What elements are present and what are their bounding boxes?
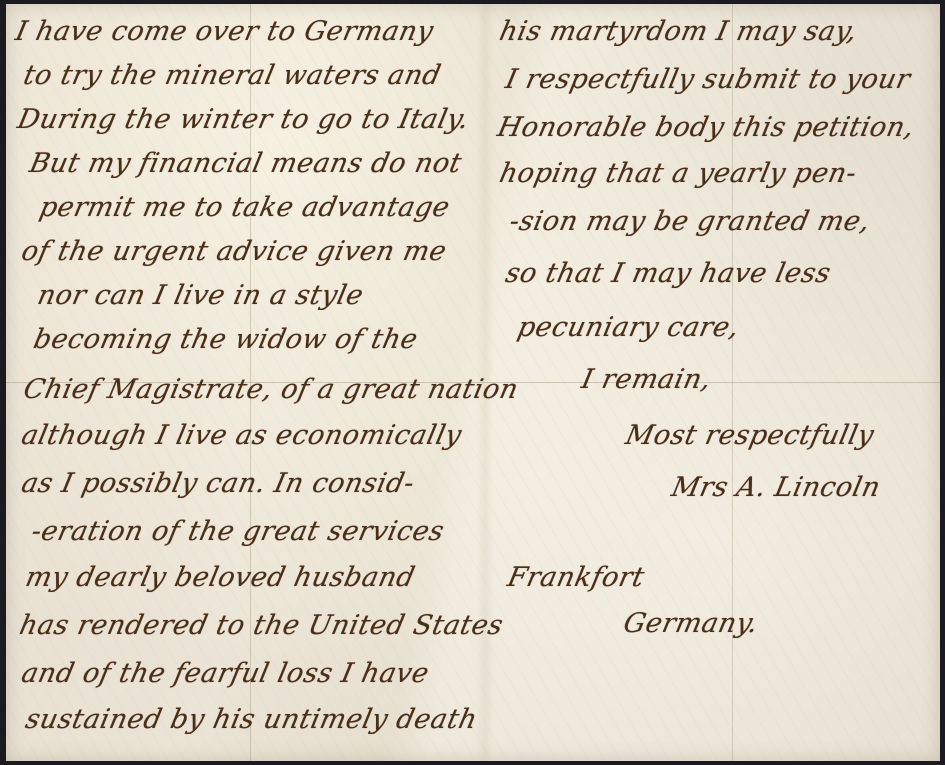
- text-line: -sion may be granted me,: [507, 208, 873, 235]
- text-line: -eration of the great services: [29, 518, 446, 545]
- signature: Mrs A. Lincoln: [669, 474, 883, 501]
- text-line: Chief Magistrate, of a great nation: [21, 376, 521, 403]
- text-line: becoming the widow of the: [31, 326, 420, 353]
- text-line: pecuniary care,: [515, 314, 742, 341]
- text-line: During the winter to go to Italy.: [15, 106, 471, 133]
- text-line: as I possibly can. In consid-: [19, 470, 417, 497]
- letter-paper: I have come over to Germany to try the m…: [6, 4, 940, 761]
- text-line: has rendered to the United States: [17, 612, 506, 639]
- text-line: I respectfully submit to your: [503, 66, 913, 93]
- text-line: nor can I live in a style: [35, 282, 366, 309]
- text-line: But my financial means do not: [27, 150, 464, 177]
- text-line: sustained by his untimely death: [23, 706, 480, 733]
- text-line: and of the fearful loss I have: [19, 660, 431, 687]
- text-line: hoping that a yearly pen-: [497, 160, 859, 187]
- text-line: permit me to take advantage: [37, 194, 452, 221]
- text-line: of the urgent advice given me: [19, 238, 449, 265]
- place-city: Frankfort: [505, 564, 647, 591]
- text-line: Honorable body this petition,: [495, 114, 917, 141]
- scan-frame: I have come over to Germany to try the m…: [0, 0, 945, 765]
- text-line: so that I may have less: [503, 260, 833, 287]
- text-line: his martyrdom I may say,: [497, 18, 860, 45]
- text-line: although I live as economically: [19, 422, 464, 449]
- place-country: Germany.: [621, 610, 761, 637]
- valediction: Most respectfully: [623, 422, 876, 449]
- text-line: I have come over to Germany: [13, 18, 436, 45]
- text-line: to try the mineral waters and: [21, 62, 443, 89]
- text-line: my dearly beloved husband: [23, 564, 417, 591]
- closing-line: I remain,: [579, 366, 714, 393]
